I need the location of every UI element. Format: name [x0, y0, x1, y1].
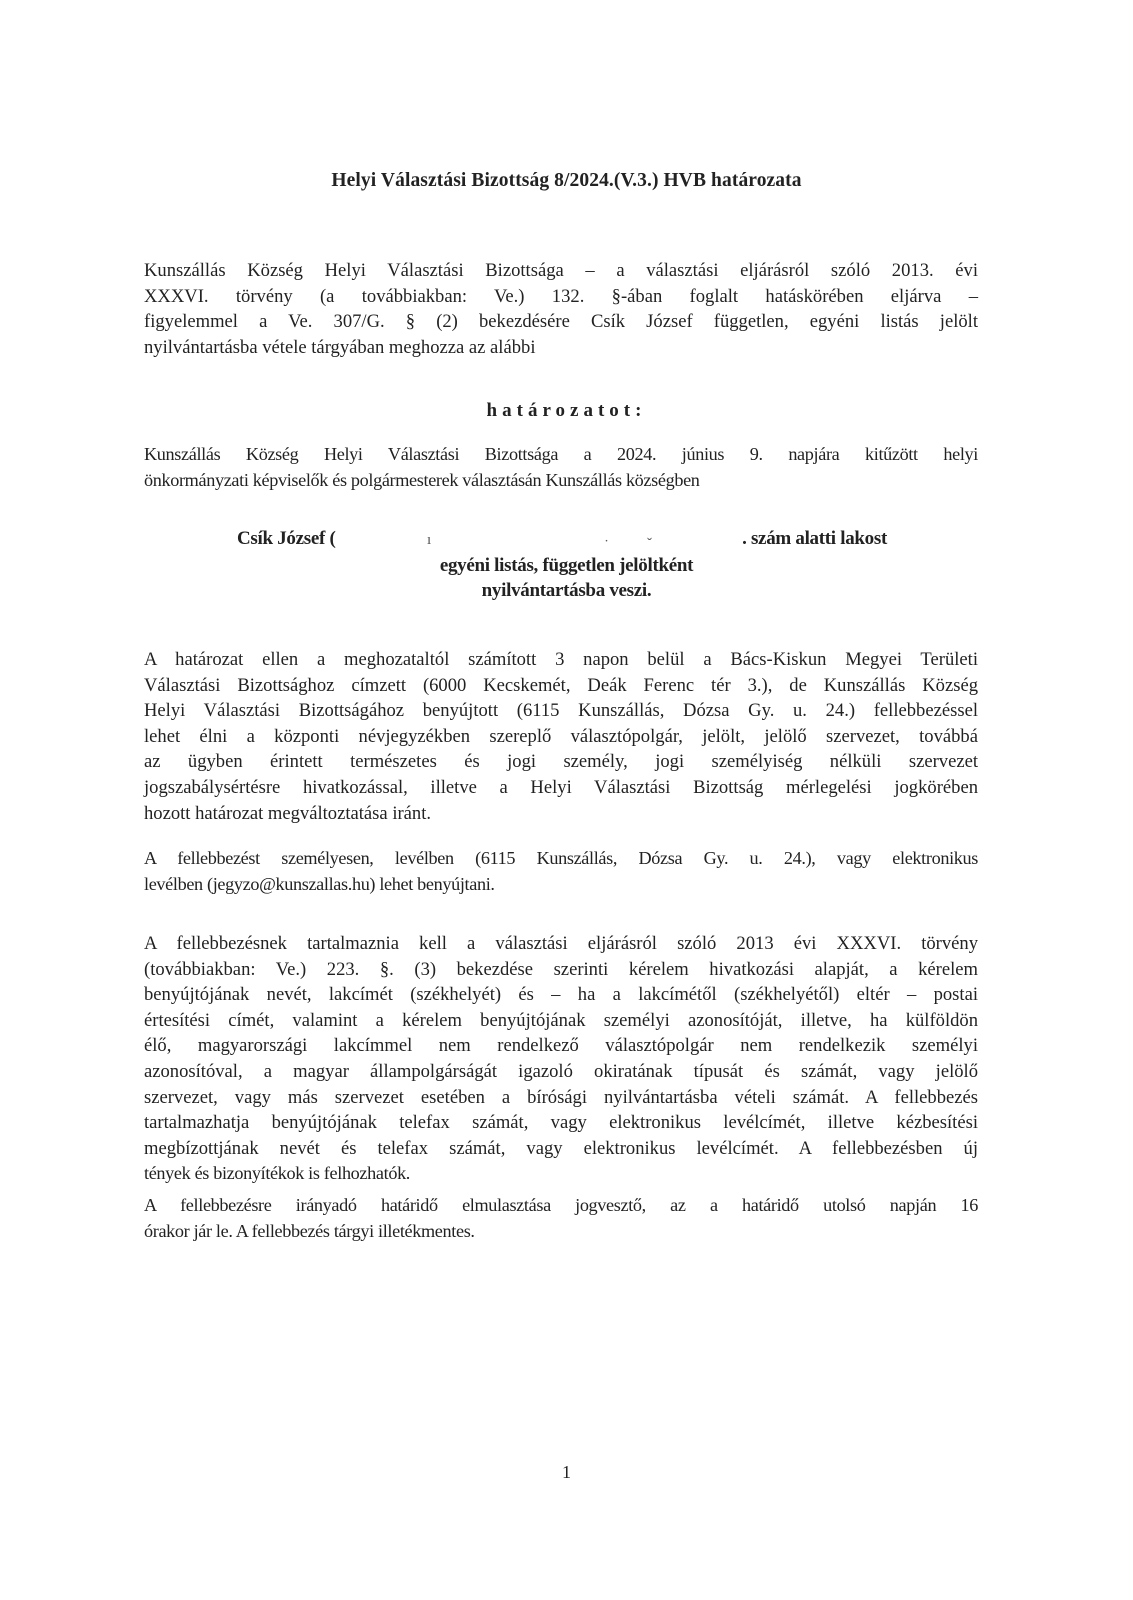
- decision-heading: határozatot:: [0, 400, 1133, 422]
- deadline-line: A fellebbezésre irányadó határidő elmula…: [144, 1193, 978, 1219]
- submission-line: levélben (jegyzo@kunszallas.hu) lehet be…: [144, 872, 978, 898]
- appeal-line: lehet élni a központi névjegyzékben szer…: [144, 724, 978, 750]
- content-line: (továbbiakban: Ve.) 223. §. (3) bekezdés…: [144, 957, 978, 983]
- resolution-line-2: egyéni listás, független jelöltként: [0, 555, 1133, 577]
- document-title: Helyi Választási Bizottság 8/2024.(V.3.)…: [0, 170, 1133, 192]
- document-page: Helyi Választási Bizottság 8/2024.(V.3.)…: [0, 0, 1133, 1600]
- appeal-line: Választási Bizottsághoz címzett (6000 Ke…: [144, 673, 978, 699]
- intro-paragraph: Kunszállás Község Helyi Választási Bizot…: [144, 258, 978, 360]
- content-line: élő, magyarországi lakcímmel nem rendelk…: [144, 1033, 978, 1059]
- appeal-line: hozott határozat megváltoztatása iránt.: [144, 801, 978, 827]
- redacted-address-mark: ı: [427, 532, 431, 549]
- appeal-line: A határozat ellen a meghozataltól számít…: [144, 647, 978, 673]
- content-line: azonosítóval, a magyar állampolgárságát …: [144, 1059, 978, 1085]
- appeal-line: az ügyben érintett természetes és jogi s…: [144, 749, 978, 775]
- content-line: A fellebbezésnek tartalmaznia kell a vál…: [144, 931, 978, 957]
- content-line: megbízottjának nevét és telefax számát, …: [144, 1136, 978, 1162]
- decision-paragraph: Kunszállás Község Helyi Választási Bizot…: [144, 442, 978, 493]
- intro-line: figyelemmel a Ve. 307/G. § (2) bekezdésé…: [144, 309, 978, 335]
- intro-line: nyilvántartásba vétele tárgyában meghozz…: [144, 335, 978, 361]
- content-line: értesítési címét, valamint a kérelem ben…: [144, 1008, 978, 1034]
- appeal-line: Helyi Választási Bizottságához benyújtot…: [144, 698, 978, 724]
- redacted-address-mark: ˙: [604, 538, 609, 555]
- redacted-address-mark: ˇ: [647, 536, 652, 553]
- intro-line: XXXVI. törvény (a továbbiakban: Ve.) 132…: [144, 284, 978, 310]
- submission-paragraph: A fellebbezést személyesen, levélben (61…: [144, 846, 978, 897]
- submission-line: A fellebbezést személyesen, levélben (61…: [144, 846, 978, 872]
- resolution-line-3: nyilvántartásba veszi.: [0, 580, 1133, 602]
- content-line: benyújtójának nevét, lakcímét (székhelyé…: [144, 982, 978, 1008]
- appeal-line: jogszabálysértésre hivatkozással, illetv…: [144, 775, 978, 801]
- content-requirements-paragraph: A fellebbezésnek tartalmaznia kell a vál…: [144, 931, 978, 1187]
- address-suffix: . szám alatti lakost: [742, 528, 887, 550]
- candidate-name: Csík József (: [237, 528, 335, 550]
- page-number: 1: [0, 1462, 1133, 1483]
- decision-line: önkormányzati képviselők és polgármester…: [144, 468, 978, 494]
- intro-line: Kunszállás Község Helyi Választási Bizot…: [144, 258, 978, 284]
- appeal-paragraph: A határozat ellen a meghozataltól számít…: [144, 647, 978, 826]
- decision-line: Kunszállás Község Helyi Választási Bizot…: [144, 442, 978, 468]
- content-line: tartalmazhatja benyújtójának telefax szá…: [144, 1110, 978, 1136]
- deadline-line: órakor jár le. A fellebbezés tárgyi ille…: [144, 1219, 978, 1245]
- content-line: szervezet, vagy más szervezet esetében a…: [144, 1085, 978, 1111]
- deadline-paragraph: A fellebbezésre irányadó határidő elmula…: [144, 1193, 978, 1244]
- resolution-line-1: Csík József ( ı ˙ ˇ . szám alatti lakost: [237, 528, 887, 554]
- content-line: tények és bizonyítékok is felhozhatók.: [144, 1161, 978, 1187]
